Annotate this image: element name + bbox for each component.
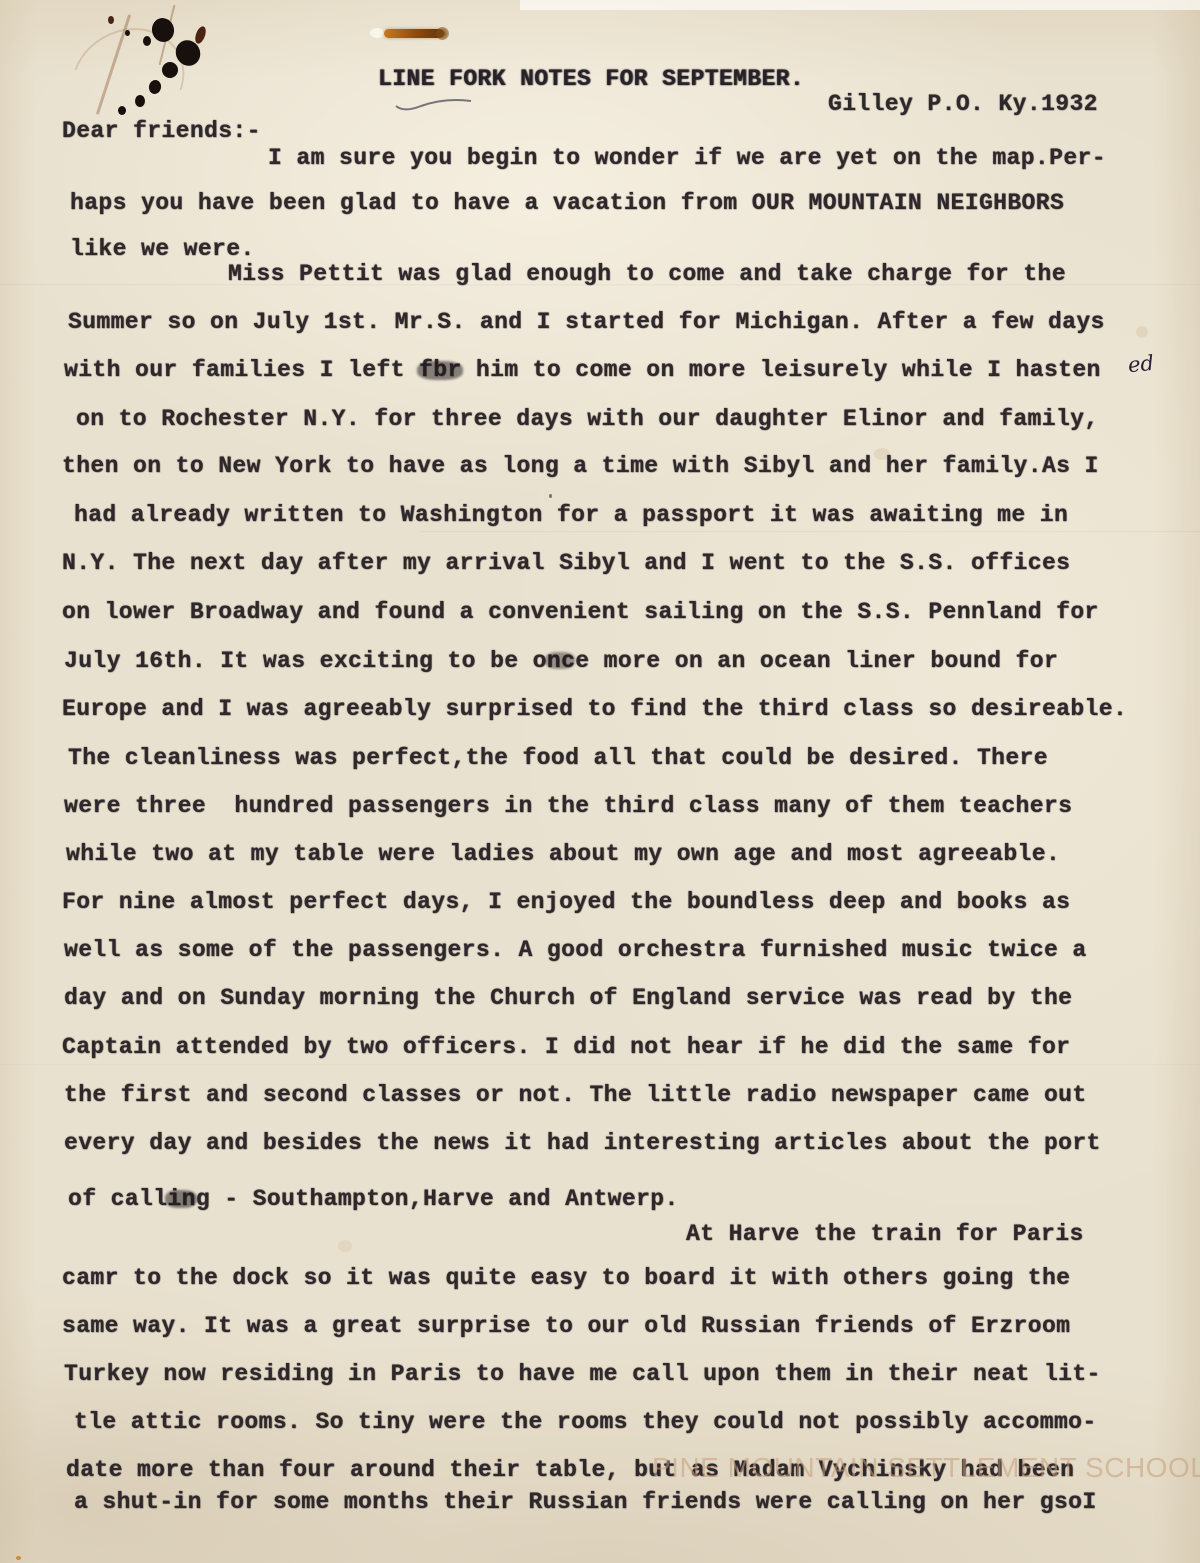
letter-line: Captain attended by two officers. I did … [62,1035,1070,1059]
letter-line: like we were. [70,237,255,261]
letter-line: a shut-in for some months their Russian … [74,1490,1097,1514]
letter-line: of calling - Southampton,Harve and Antwe… [68,1187,679,1211]
letter-line: day and on Sunday morning the Church of … [64,986,1072,1010]
letter-line: while two at my table were ladies about … [66,842,1060,866]
overstrike-smudge [417,361,463,380]
letter-line: were three hundred passengers in the thi… [64,794,1072,818]
ink-blot [193,25,208,45]
ink-blot [135,95,145,107]
ink-blot [143,36,151,46]
archive-watermark: PINE MOUNTAIN SETTLEMENT SCHOOL 2015 [652,1452,1200,1484]
overstrike-smudge [545,652,575,669]
foxing-spot [1136,326,1148,338]
letter-title: LINE FORK NOTES FOR SEPTEMBER. [378,67,804,91]
letter-line: For nine almost perfect days, I enjoyed … [62,890,1070,914]
letter-line: At Harve the train for Paris [686,1222,1084,1246]
letter-line: same way. It was a great surprise to our… [62,1314,1070,1338]
letter-line: every day and besides the news it had in… [64,1131,1101,1155]
ink-blot [118,106,126,115]
rust-stain [436,27,449,40]
letter-dateline: Gilley P.O. Ky.1932 [828,92,1098,116]
letter-line: haps you have been glad to have a vacati… [70,191,1064,215]
ink-speck [549,494,552,498]
letter-salutation: Dear friends:- [62,119,261,143]
scan-edge-highlight [520,0,1200,10]
ink-speck [16,1556,21,1560]
letter-line: on to Rochester N.Y. for three days with… [76,407,1099,431]
overstrike-smudge [165,1190,197,1208]
paper-crease [420,531,1200,534]
ink-blot [108,16,114,24]
rust-stain [384,29,444,38]
letter-line: the first and second classes or not. The… [64,1083,1087,1107]
letter-line: Miss Pettit was glad enough to come and … [228,262,1066,286]
pen-underline-mark [392,94,476,114]
letter-line: Europe and I was agreeably surprised to … [62,697,1127,721]
letter-page: PINE MOUNTAIN SETTLEMENT SCHOOL 2015 LIN… [0,0,1200,1563]
letter-line: Summer so on July 1st. Mr.S. and I start… [68,310,1105,334]
paper-abrasion [370,28,384,38]
ink-blot [162,62,178,78]
letter-line: camr to the dock so it was quite easy to… [62,1266,1070,1290]
letter-line: Turkey now residing in Paris to have me … [64,1362,1101,1386]
letter-line: then on to New York to have as long a ti… [62,454,1099,478]
letter-line: with our families I left fbr him to come… [64,358,1101,382]
letter-line: I am sure you begin to wonder if we are … [268,146,1106,170]
handwritten-ed: ed [1127,351,1155,377]
letter-line: N.Y. The next day after my arrival Sibyl… [62,551,1070,575]
foxing-spot [338,1240,352,1252]
ink-blot [125,30,130,36]
letter-line: tle attic rooms. So tiny were the rooms … [74,1410,1097,1434]
letter-line: on lower Broadway and found a convenient… [62,600,1099,624]
letter-line: had already written to Washington for a … [74,503,1068,527]
paper-crease [0,1064,1200,1067]
letter-line: The cleanliness was perfect,the food all… [68,746,1048,770]
letter-line: well as some of the passengers. A good o… [64,938,1087,962]
